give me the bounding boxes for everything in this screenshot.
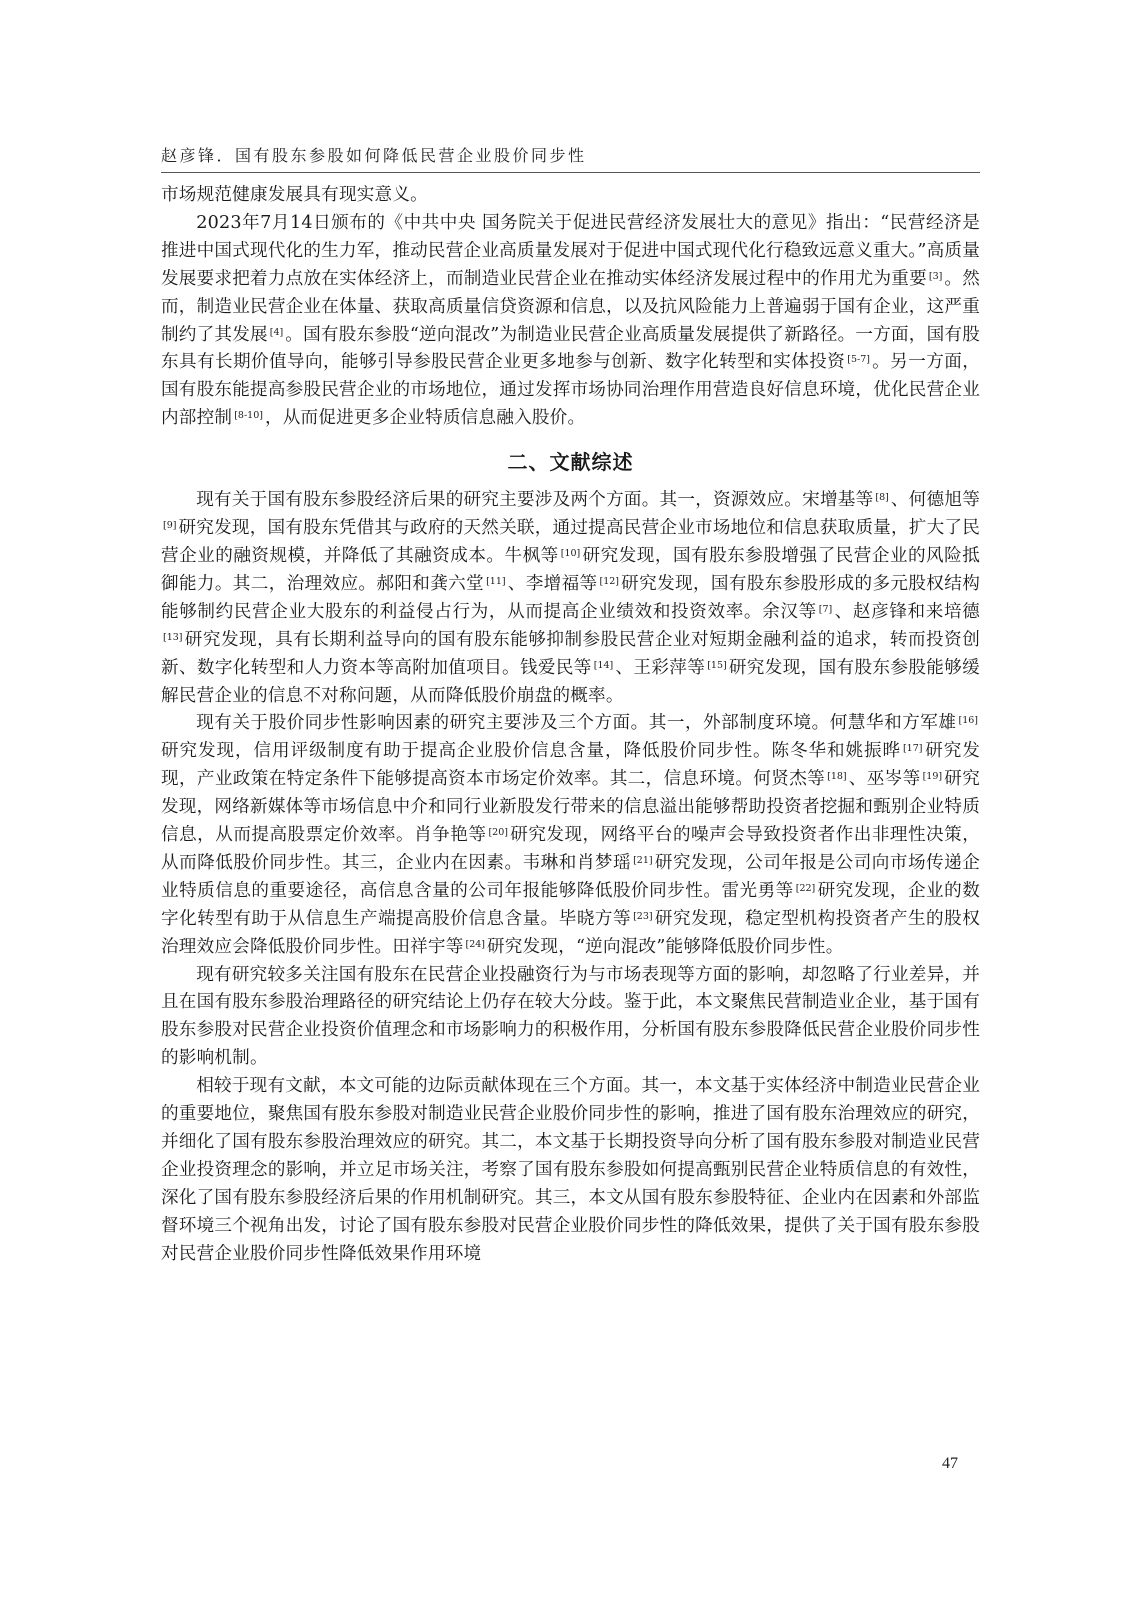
paragraph: 现有研究较多关注国有股东在民营企业投融资行为与市场表现等方面的影响，却忽略了行业… <box>161 962 980 1074</box>
text-run: 、巫岑等 <box>849 769 921 789</box>
citation-ref[interactable]: [22] <box>796 883 816 894</box>
text-run: 现有研究较多关注国有股东在民营企业投融资行为与市场表现等方面的影响，却忽略了行业… <box>161 965 980 1069</box>
paragraph: 现有关于国有股东参股经济后果的研究主要涉及两个方面。其一，资源效应。宋增基等[8… <box>161 487 980 710</box>
citation-ref[interactable]: [8] <box>875 492 888 503</box>
text-run: 、赵彦锋和来培德 <box>834 602 980 622</box>
text-run: ，从而促进更多企业特质信息融入股价。 <box>265 408 585 428</box>
citation-ref[interactable]: [23] <box>633 911 653 922</box>
citation-ref[interactable]: [13] <box>163 632 183 643</box>
text-run: 。国有股东参股“逆向混改”为制造业民营企业高质量发展提供了新路径。一方面，国有股… <box>161 325 980 373</box>
running-header: 赵彦锋．国有股东参股如何降低民营企业股价同步性 <box>161 144 980 173</box>
citation-ref[interactable]: [24] <box>466 939 486 950</box>
section-title: 二、文献综述 <box>161 433 980 487</box>
citation-ref[interactable]: [11] <box>486 576 506 587</box>
paragraphs-after-section: 现有关于国有股东参股经济后果的研究主要涉及两个方面。其一，资源效应。宋增基等[8… <box>161 487 980 1268</box>
text-run: 、王彩萍等 <box>615 658 705 678</box>
citation-ref[interactable]: [17] <box>903 743 923 754</box>
paragraphs-before-section: 市场规范健康发展具有现实意义。2023年7月14日颁布的《中共中央 国务院关于促… <box>161 182 980 433</box>
citation-ref[interactable]: [5-7] <box>847 354 870 365</box>
text-run: 研究发现，信用评级制度有助于提高企业股价信息含量，降低股价同步性。陈冬华和姚振晔 <box>161 741 901 761</box>
paragraph: 2023年7月14日颁布的《中共中央 国务院关于促进民营经济发展壮大的意见》指出… <box>161 210 980 433</box>
citation-ref[interactable]: [12] <box>600 576 620 587</box>
paragraph: 相较于现有文献，本文可能的边际贡献体现在三个方面。其一，本文基于实体经济中制造业… <box>161 1073 980 1268</box>
paragraph: 现有关于股价同步性影响因素的研究主要涉及三个方面。其一，外部制度环境。何慧华和方… <box>161 710 980 961</box>
text-run: 现有关于国有股东参股经济后果的研究主要涉及两个方面。其一，资源效应。宋增基等 <box>196 490 873 510</box>
paragraph: 市场规范健康发展具有现实意义。 <box>161 182 980 210</box>
text-run: 、何德旭等 <box>891 490 980 510</box>
text-run: 、李增福等 <box>508 574 598 594</box>
citation-ref[interactable]: [21] <box>633 855 653 866</box>
text-run: 相较于现有文献，本文可能的边际贡献体现在三个方面。其一，本文基于实体经济中制造业… <box>161 1076 980 1263</box>
text-run: 市场规范健康发展具有现实意义。 <box>161 185 428 205</box>
body-text: 市场规范健康发展具有现实意义。2023年7月14日颁布的《中共中央 国务院关于促… <box>161 182 980 1269</box>
page-number: 47 <box>942 1455 958 1473</box>
citation-ref[interactable]: [7] <box>819 604 832 615</box>
citation-ref[interactable]: [16] <box>958 715 978 726</box>
citation-ref[interactable]: [10] <box>561 548 581 559</box>
citation-ref[interactable]: [19] <box>923 771 943 782</box>
text-run: 现有关于股价同步性影响因素的研究主要涉及三个方面。其一，外部制度环境。何慧华和方… <box>196 713 956 733</box>
citation-ref[interactable]: [20] <box>488 827 508 838</box>
citation-ref[interactable]: [15] <box>707 660 727 671</box>
citation-ref[interactable]: [3] <box>929 271 942 282</box>
text-run: 研究发现，“逆向混改”能够降低股价同步性。 <box>487 937 843 957</box>
citation-ref[interactable]: [18] <box>827 771 847 782</box>
citation-ref[interactable]: [14] <box>594 660 614 671</box>
citation-ref[interactable]: [4] <box>270 327 283 338</box>
text-run: 2023年7月14日颁布的《中共中央 国务院关于促进民营经济发展壮大的意见》指出… <box>161 213 980 289</box>
citation-ref[interactable]: [9] <box>163 520 176 531</box>
citation-ref[interactable]: [8-10] <box>234 410 263 421</box>
